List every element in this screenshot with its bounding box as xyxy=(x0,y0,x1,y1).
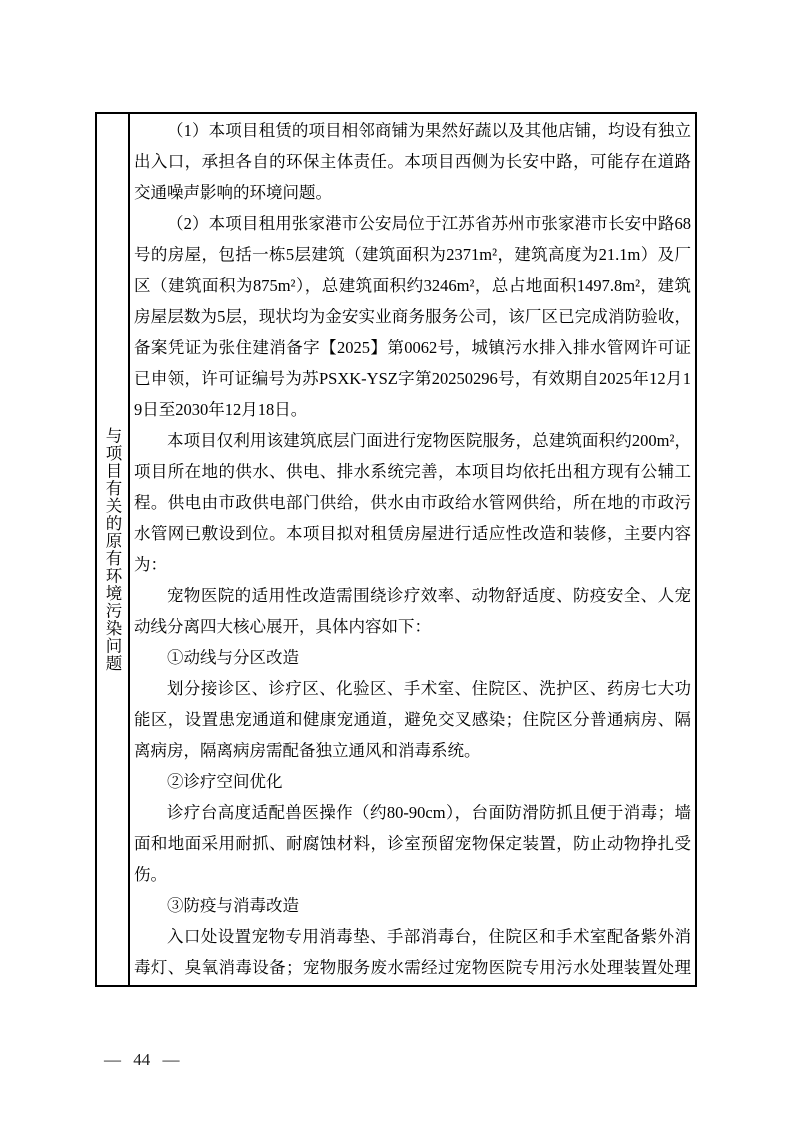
row-header-cell: 与项目有关的原有环境污染问题 xyxy=(97,114,130,985)
paragraph: 宠物医院的适用性改造需围绕诊疗效率、动物舒适度、防疫安全、人宠动线分离四大核心展… xyxy=(134,580,691,642)
document-page: 与项目有关的原有环境污染问题 （1）本项目租赁的项目相邻商铺为果然好蔬以及其他店… xyxy=(0,0,793,1122)
paragraph: （2）本项目租用张家港市公安局位于江苏省苏州市张家港市长安中路68号的房屋，包括… xyxy=(134,208,691,425)
content-cell: （1）本项目租赁的项目相邻商铺为果然好蔬以及其他店铺，均设有独立出入口，承担各自… xyxy=(130,114,695,985)
paragraph: 诊疗台高度适配兽医操作（约80-90cm），台面防滑防抓且便于消毒；墙面和地面采… xyxy=(134,797,691,890)
row-header-label: 与项目有关的原有环境污染问题 xyxy=(98,427,127,672)
paragraph-heading-2: ②诊疗空间优化 xyxy=(134,766,691,797)
paragraph: 本项目仅利用该建筑底层门面进行宠物医院服务，总建筑面积约200m²，项目所在地的… xyxy=(134,425,691,580)
env-issues-table: 与项目有关的原有环境污染问题 （1）本项目租赁的项目相邻商铺为果然好蔬以及其他店… xyxy=(95,112,697,987)
paragraph: 划分接诊区、诊疗区、化验区、手术室、住院区、洗护区、药房七大功能区，设置患宠通道… xyxy=(134,673,691,766)
paragraph-heading-1: ①动线与分区改造 xyxy=(134,642,691,673)
page-number: — 44 — xyxy=(104,1049,180,1071)
paragraph: 入口处设置宠物专用消毒垫、手部消毒台，住院区和手术室配备紫外消毒灯、臭氧消毒设备… xyxy=(134,921,691,985)
paragraph: （1）本项目租赁的项目相邻商铺为果然好蔬以及其他店铺，均设有独立出入口，承担各自… xyxy=(134,115,691,208)
paragraph-heading-3: ③防疫与消毒改造 xyxy=(134,890,691,921)
